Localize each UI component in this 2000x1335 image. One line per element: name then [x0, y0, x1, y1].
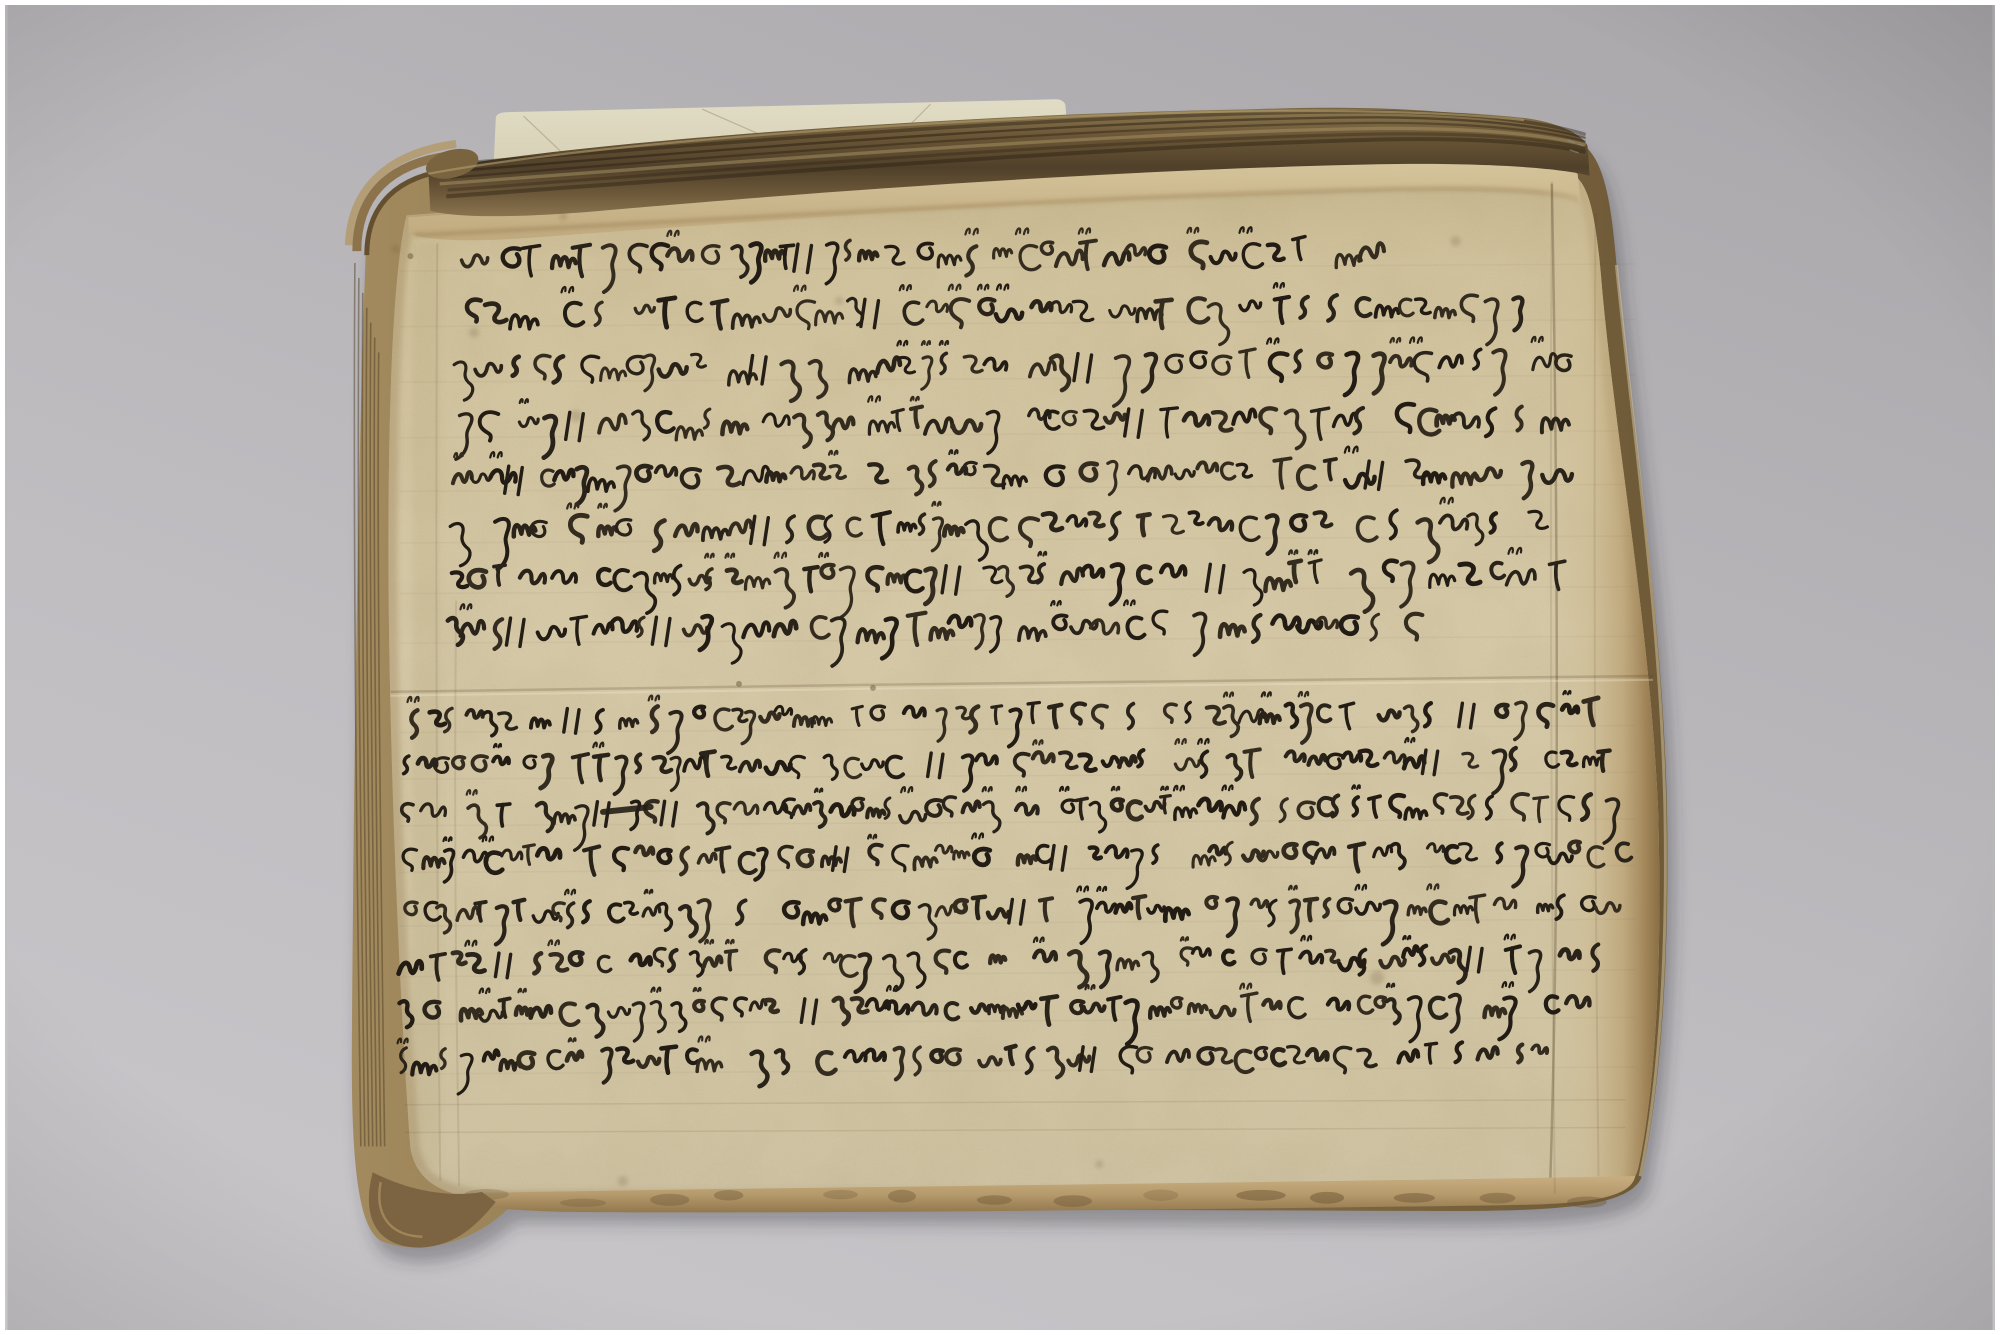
photo-vignette — [7, 5, 1992, 1330]
book-illustration — [5, 5, 1995, 1330]
manuscript-photo: Photograph of an open hand-stitched manu… — [0, 0, 2000, 1335]
